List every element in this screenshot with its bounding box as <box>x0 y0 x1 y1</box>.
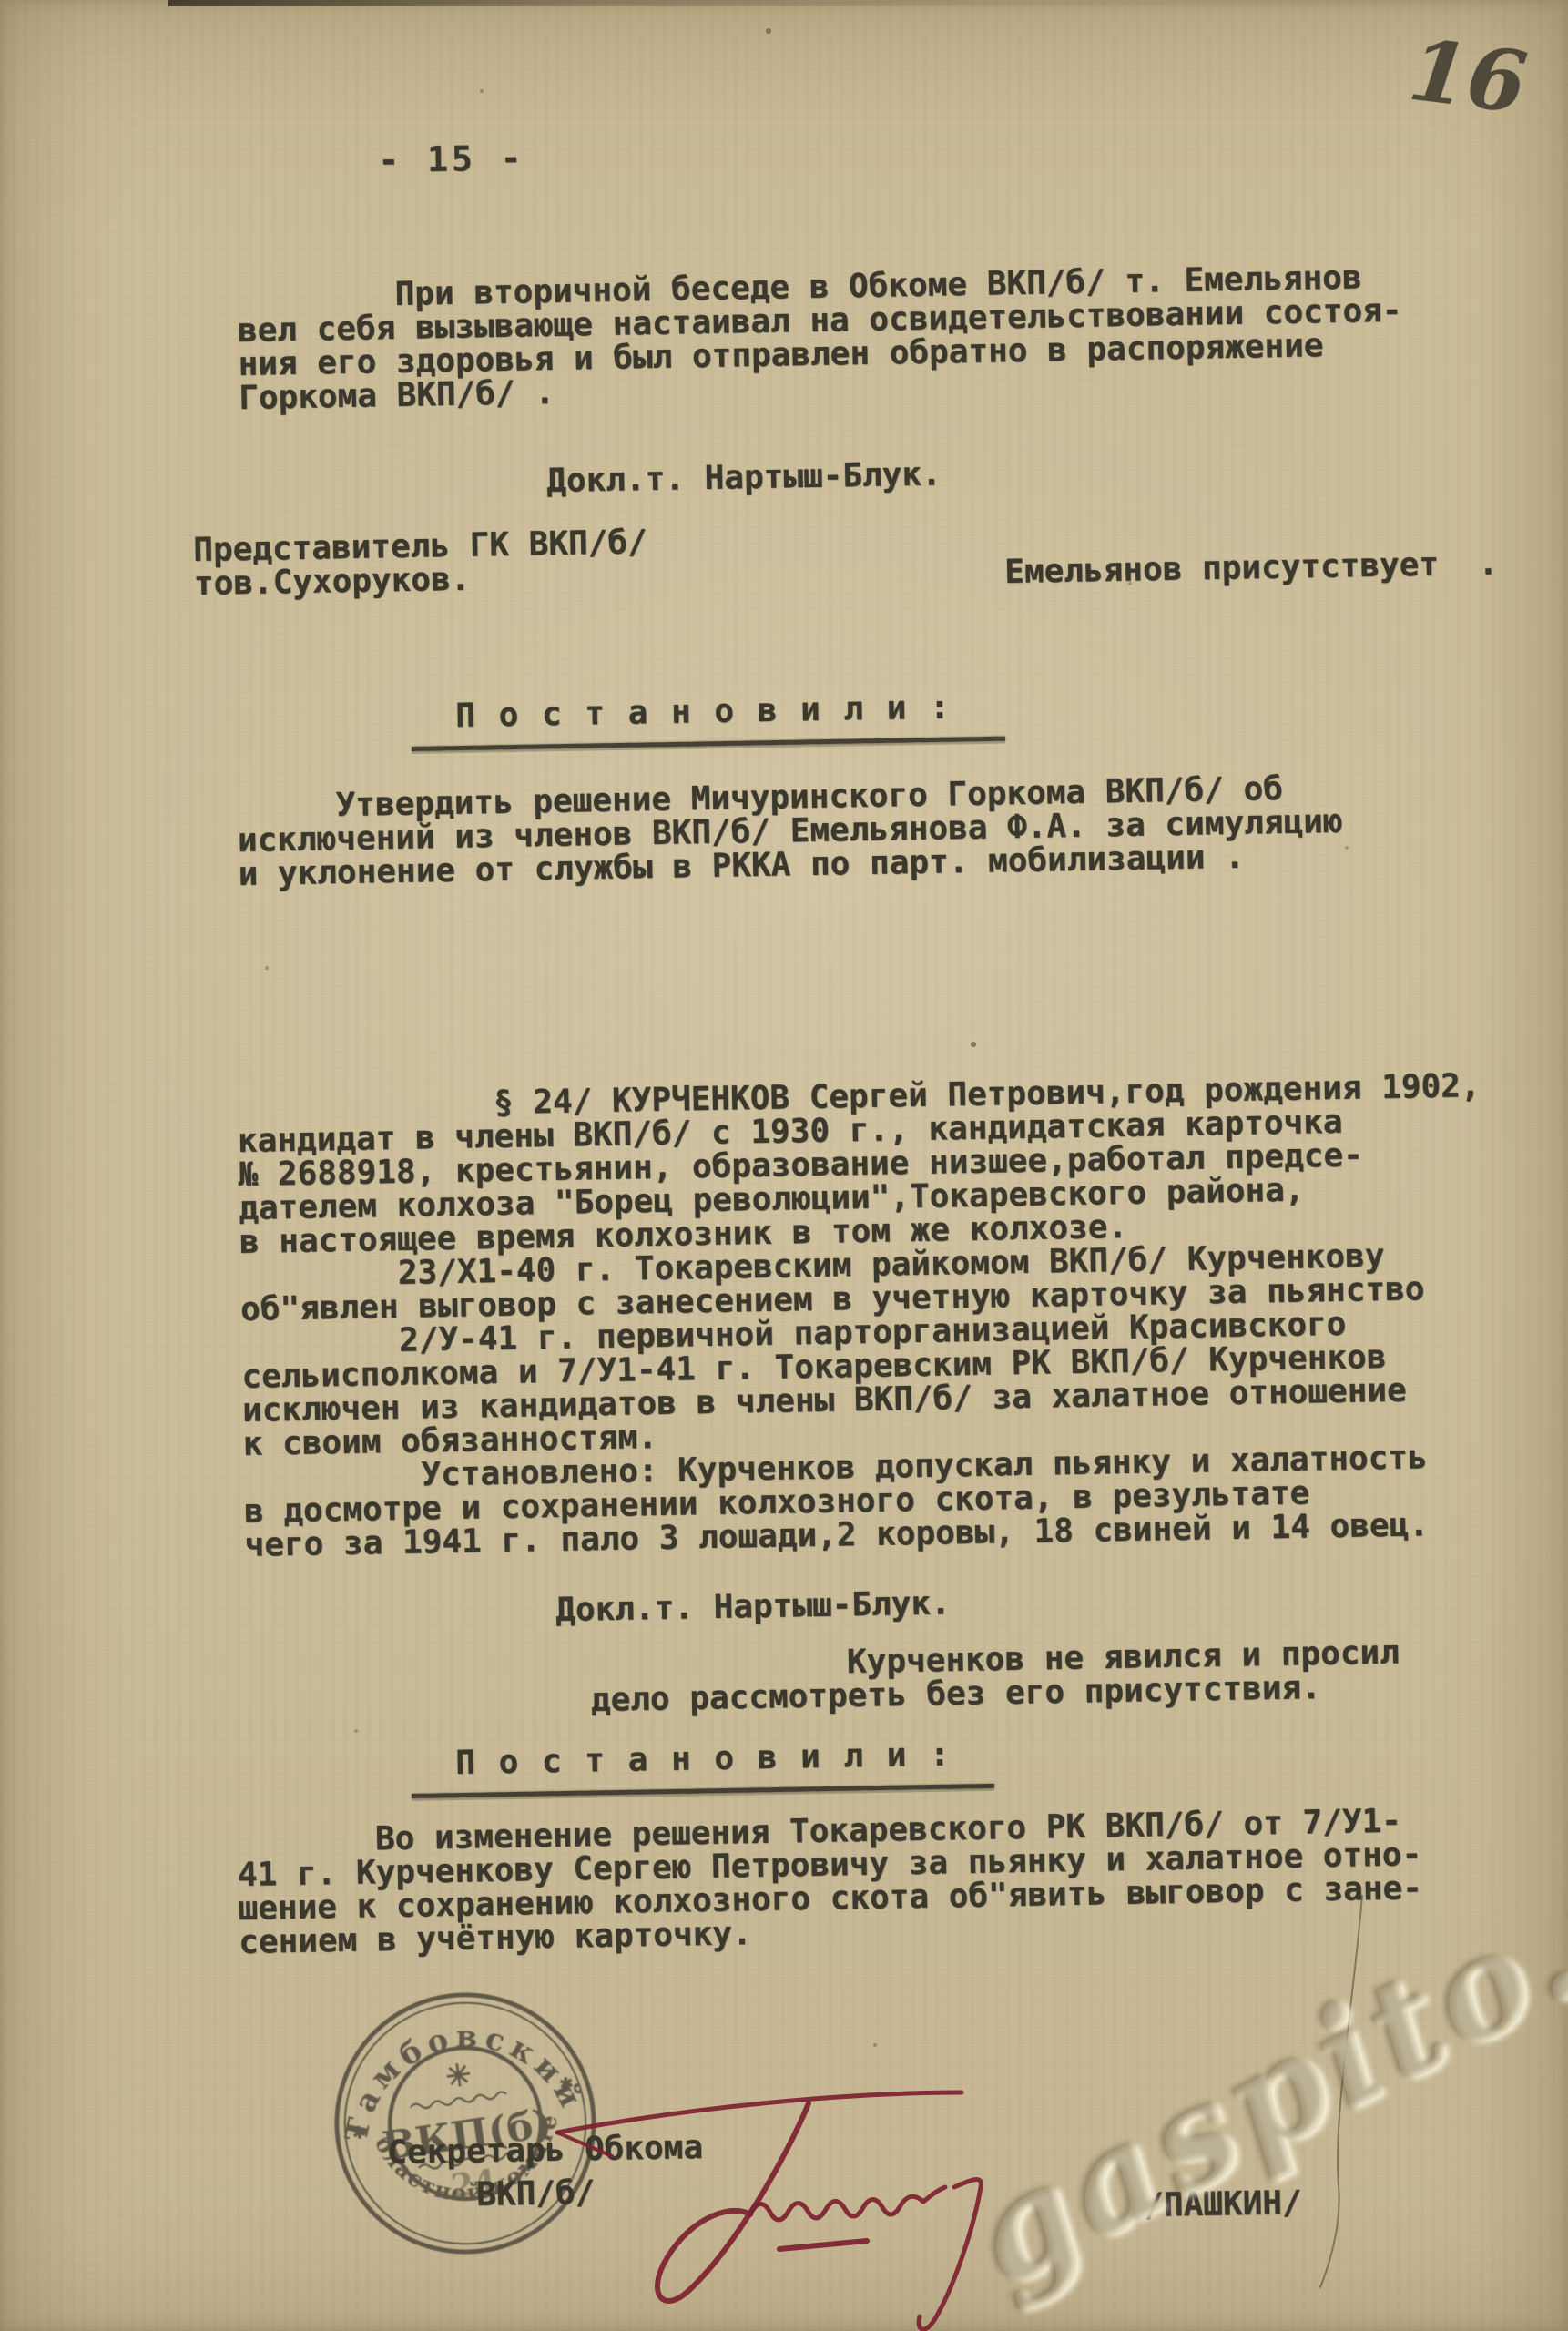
scanned-document-page: - 15 - 16 При вторичной беседе в Обкоме … <box>0 0 1568 2331</box>
round-stamp-tambov-obkom: Тамбовский областной комитет ✱ ✱ ✳ ВКП(б… <box>313 1971 617 2275</box>
page-number: - 15 - <box>378 141 525 178</box>
signature-underline <box>779 2241 867 2249</box>
predstavitel-block: Представитель ГК ВКП/б/ тов.Сухоруков. <box>193 525 648 601</box>
scan-edge-artifact <box>168 0 1568 6</box>
signature-wiggles <box>750 2187 945 2220</box>
dokl-line-1: Докл.т. Нартыш-Блук. <box>546 457 942 498</box>
kurchenkov-absent-note: Курченков не явился и просил дело рассмо… <box>590 1635 1400 1716</box>
dokl-line-2: Докл.т. Нартыш-Блук. <box>555 1586 951 1627</box>
postanovili-underline-1 <box>412 737 1005 751</box>
resolution-paragraph-1: Утвердить решение Мичуринского Горкома В… <box>237 771 1343 891</box>
paragraph-24-kurchenkov: § 24/ КУРЧЕНКОВ Сергей Петрович,год рожд… <box>237 1069 1488 1562</box>
resolution-paragraph-2: Во изменение решения Токаревского РК ВКП… <box>237 1804 1423 1959</box>
vkpb-line: ВКП/б/ <box>476 2176 596 2212</box>
prisutstvuet-line: Емельянов присутствует . <box>1004 547 1498 589</box>
postanovili-underline-2 <box>412 1784 994 1798</box>
postanovili-heading-1: П о с т а н о в и л и : <box>455 690 952 732</box>
dust-specks <box>0 0 2 2</box>
stamp-right-star-icon: ✱ <box>558 2073 575 2094</box>
paragraph-emelyanov: При вторичной беседе в Обкоме ВКП/б/ т. … <box>237 260 1403 415</box>
stamp-flower-icon: ✳ <box>443 2056 473 2095</box>
stamp-left-star-icon: ✱ <box>351 2122 368 2143</box>
sekretar-obkoma-line: Секретарь Обкома <box>387 2131 703 2170</box>
handwritten-folio-number: 16 <box>1404 21 1532 133</box>
postanovili-heading-2: П о с т а н о в и л и : <box>455 1737 952 1779</box>
signature-approach-stroke <box>557 2092 962 2133</box>
